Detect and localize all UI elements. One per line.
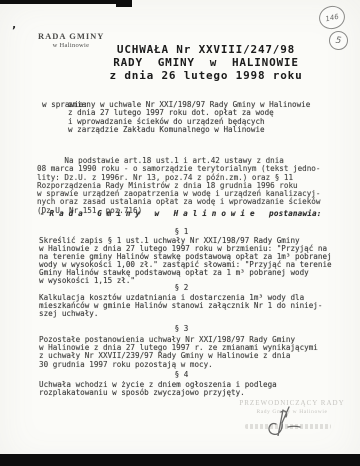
resolution-date: z dnia 26 lutego 1998 roku [56, 70, 356, 83]
section-1-text: Skreślić zapis § 1 ust.1 uchwały Nr XXI/… [39, 237, 332, 286]
legal-basis-paragraph: Na podstawie art.18 ust.1 i art.42 ustaw… [37, 157, 320, 215]
scan-edge-bar-top-notch [116, 0, 132, 7]
scanned-document-page: ’ RADA GMINY w Halinowie 146 5 UCHWAŁA N… [0, 0, 360, 466]
section-4-text: Uchwała wchodzi w życie z dniem ogłoszen… [39, 381, 277, 398]
section-1-heading: § 1 [39, 227, 324, 236]
resolution-enacting-line: - R a d a G m i n y w H a l i n o w i e … [40, 210, 322, 218]
section-3-heading: § 3 [39, 324, 324, 333]
section-2-text: Kalkulacja kosztów uzdatniania i dostarc… [39, 294, 322, 319]
section-4-heading: § 4 [39, 370, 324, 379]
resolution-title: UCHWAŁA Nr XXVIII/247/98 RADY GMINY w HA… [56, 44, 356, 82]
council-stamp-name: RADA GMINY [38, 31, 104, 41]
handwritten-signature [262, 402, 308, 436]
resolution-issuer: RADY GMINY w HALINOWIE [56, 57, 356, 70]
section-3-text: Pozostałe postanowienia uchwały Nr XXI/1… [39, 336, 318, 369]
section-2-heading: § 2 [39, 283, 324, 292]
handwritten-page-number-circle: 146 [317, 4, 347, 32]
scan-edge-bar-top [0, 0, 131, 4]
pen-mark: ’ [12, 24, 16, 37]
resolution-number: UCHWAŁA Nr XXVIII/247/98 [56, 44, 356, 57]
subject-text: zmiany w uchwale Nr XXI/198/97 Rady Gmin… [68, 101, 310, 134]
scan-edge-bar-bottom [0, 454, 360, 466]
